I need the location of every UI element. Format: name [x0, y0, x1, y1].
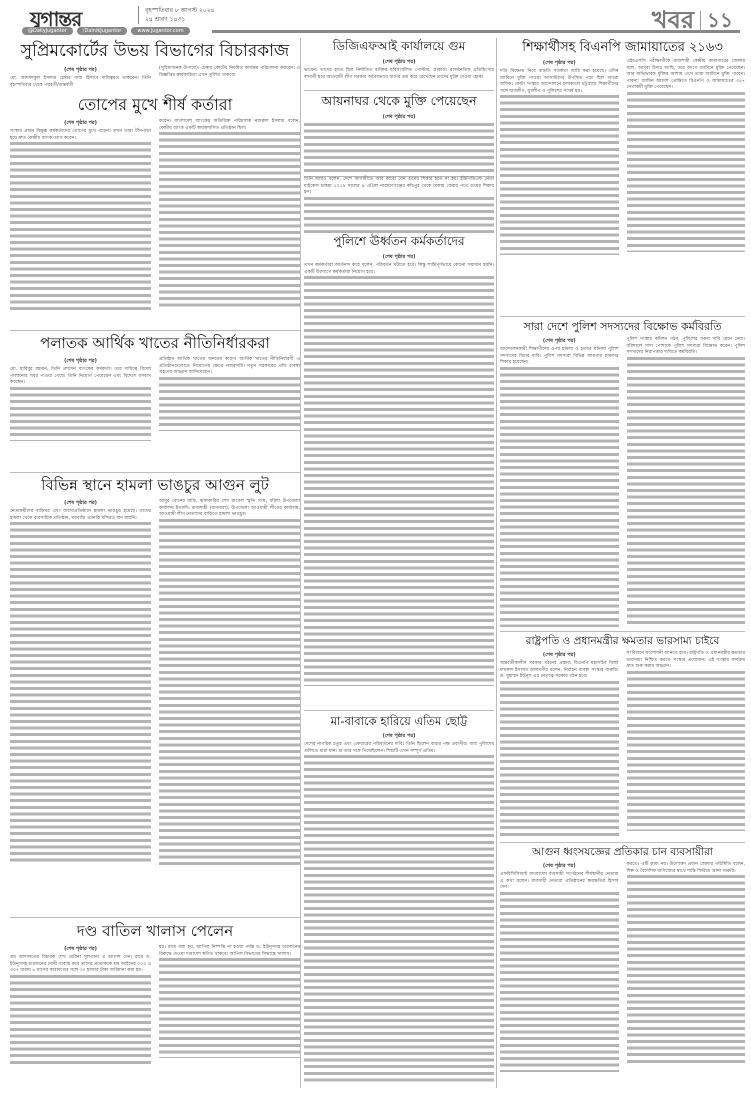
- text-block: [159, 377, 300, 431]
- story-text: তিনি আরও বলেন, দেশে আগামীতে আর কারো যেন …: [304, 177, 494, 197]
- headline: রাষ্ট্রপতি ও প্রধানমন্ত্রীর ক্ষমতার ভারস…: [500, 634, 745, 651]
- story-rule: [500, 631, 745, 632]
- story-rule: [500, 316, 745, 317]
- date-gregorian: বৃহস্পতিবার ৮ আগস্ট ২০২৪: [145, 6, 215, 15]
- text-block: [500, 367, 619, 627]
- text-block: [500, 681, 619, 837]
- story-text: আমুর বোনের বাড়ি, ঝালকাঠির শেখ রাসেল স্ম…: [159, 499, 300, 519]
- continued-label: (শেষ পৃষ্ঠার পর): [500, 338, 619, 346]
- masthead: যুগান্তর বৃহস্পতিবার ৮ আগস্ট ২০২৪ ২৪ শ্র…: [0, 0, 751, 36]
- headline: ডিজিএফআই কার্যালয়ে গুম: [304, 38, 494, 58]
- headline: দণ্ড বাতিল খালাস পেলেন: [10, 920, 300, 945]
- continued-label: (শেষ পৃষ্ঠার পর): [304, 254, 494, 262]
- text-block: [500, 892, 619, 1072]
- continued-label: (শেষ পৃষ্ঠার পর): [10, 120, 151, 128]
- story-text: দণ্ডি বিক্ষোভ নিয়ে বাড়তি সতর্কতা জারি …: [500, 69, 619, 95]
- story-text: করতে। এটি কাম্য নয়। উদ্যোক্তা প্রধান জে…: [627, 862, 746, 875]
- headline: বিভিন্ন স্থানে হামলা ভাঙচুর আগুন লুট: [10, 474, 300, 499]
- story-rule: [304, 230, 494, 231]
- text-block: [500, 95, 619, 255]
- continued-label: (শেষ পৃষ্ঠার পর): [10, 500, 151, 508]
- text-block: [10, 522, 151, 862]
- story-text: সংবিধানে সংশোধনী আনতে হবে। রাষ্ট্রপতি ও …: [627, 651, 746, 671]
- section-name: খবর: [652, 2, 694, 42]
- continued-label: (শেষ পৃষ্ঠার পর): [500, 60, 619, 68]
- twitter-link[interactable]: @DailyJugantor: [22, 27, 73, 35]
- story-sentence-void: দণ্ড বাতিল খালাস পেলেন (শেষ পৃষ্ঠার পর) …: [10, 920, 300, 1065]
- text-block: [10, 142, 151, 312]
- continued-label: (শেষ পৃষ্ঠার পর): [10, 946, 151, 954]
- column-rule: [496, 38, 497, 1088]
- text-block: [159, 519, 300, 865]
- social-links: @DailyJugantor /DainikJugantor www.jugan…: [22, 27, 190, 35]
- divider: [700, 11, 701, 33]
- story-text: নেতাকর্মীদের বাড়িঘর এবং ব্যবসাপ্রতিষ্ঠা…: [10, 509, 151, 522]
- story-rule: [10, 472, 300, 473]
- headline: তোপের মুখে শীর্ষ কর্তারা: [10, 92, 300, 119]
- story-text: করেন। বাংলাদেশ ব্যাংকের অতিরিক্ত পরিচালক…: [159, 119, 300, 132]
- section-header: খবর ১১: [652, 2, 733, 42]
- story-aynaghar: আয়নাঘর থেকে মুক্তি পেয়েছেন (শেষ পৃষ্ঠা…: [304, 93, 494, 233]
- story-top-officials: তোপের মুখে শীর্ষ কর্তারা (শেষ পৃষ্ঠার পর…: [10, 92, 300, 312]
- story-arson-traders: আগুন ধ্বংসযজ্ঞের প্রতিকার চান ব্যবসায়ীর…: [500, 845, 745, 1072]
- story-dgfi: ডিজিএফআই কার্যালয়ে গুম (শেষ পৃষ্ঠার পর)…: [304, 38, 494, 81]
- story-text: আন্দোলনকারী শিক্ষার্থীদের ওপর হামলা ও হত…: [500, 347, 619, 367]
- column-rule: [300, 38, 301, 1088]
- story-text: সংস্থার প্রধান বিক্ষুব্ধ কর্মকর্তাদের তো…: [10, 129, 151, 142]
- story-text: পুলিশ সংস্কার কমিশন গঠন, পুলিশের সকল দাব…: [627, 337, 746, 357]
- story-text: ভাবেন। তাদের হাতে ছিল নির্যাতিত ব্যক্তির…: [304, 68, 494, 81]
- story-text: মো. আশফাকুল ইসলাম চেম্বার জজ হিসাবে দায়…: [10, 76, 151, 89]
- story-rule: [500, 842, 745, 843]
- story-text: (সুবিধাজনক উপায়ে)। চেম্বার কোর্টের নিয়…: [159, 66, 300, 79]
- story-text: হয়। রায়ে বলা হয়, আপিল নিষ্পত্তি না হও…: [159, 945, 300, 958]
- headline: শিক্ষার্থীসহ বিএনপি জামায়াতের ২১৬৩: [500, 38, 745, 59]
- story-orphan: মা-বাবাকে হারিয়ে এতিম ছোট্ট (শেষ পৃষ্ঠা…: [304, 713, 494, 1085]
- text-block: [304, 197, 494, 233]
- continued-label: (শেষ পৃষ্ঠার পর): [304, 733, 494, 741]
- headline: সারা দেশে পুলিশ সদস্যদের বিক্ষোভ কর্মবির…: [500, 318, 745, 337]
- text-block: [627, 875, 746, 1065]
- text-block: [627, 671, 746, 831]
- story-police-protest: সারা দেশে পুলিশ সদস্যদের বিক্ষোভ কর্মবির…: [500, 318, 745, 627]
- continued-label: (শেষ পৃষ্ঠার পর): [10, 67, 151, 75]
- facebook-link[interactable]: /DainikJugantor: [77, 27, 128, 35]
- story-text: এইচএসসি পরীক্ষার্থীকে রাজশাহী কেন্দ্রীয়…: [627, 59, 746, 92]
- headline: মা-বাবাকে হারিয়ে এতিম ছোট্ট: [304, 713, 494, 732]
- story-text: মো. হাবিবুর রহমান, তিনি প্রশাসন ব্যাংকের…: [10, 367, 151, 387]
- headline: আগুন ধ্বংসযজ্ঞের প্রতিকার চান ব্যবসায়ীর…: [500, 845, 745, 862]
- text-block: [627, 357, 746, 627]
- story-text: প্রতিষ্ঠান আর্থিক খাতের অন্যতম কারণ। আর্…: [159, 357, 300, 377]
- story-text: অন্তর্বর্তীকালীন সরকার গঠনের প্রস্তাব। ব…: [500, 661, 619, 681]
- page-number: ১১: [707, 6, 733, 39]
- continued-label: (শেষ পৃষ্ঠার পর): [304, 114, 494, 122]
- story-president-pm: রাষ্ট্রপতি ও প্রধানমন্ত্রীর ক্ষমতার ভারস…: [500, 634, 745, 837]
- story-rule: [304, 90, 494, 91]
- story-rule: [10, 917, 300, 918]
- text-block: [159, 958, 300, 1058]
- text-block: [627, 92, 746, 252]
- continued-label: (শেষ পৃষ্ঠার পর): [10, 358, 151, 366]
- story-text: এফবিসিসিআই বাংলাদেশ ব্যবসায়ী সংগঠনের শী…: [500, 872, 619, 892]
- continued-label: (শেষ পৃষ্ঠার পর): [500, 863, 619, 871]
- date-bengali: ২৪ শ্রাবণ ১৪৩১: [145, 15, 215, 24]
- continued-label: (শেষ পৃষ্ঠার পর): [500, 652, 619, 660]
- headline: আয়নাঘর থেকে মুক্তি পেয়েছেন: [304, 93, 494, 113]
- story-rule: [304, 710, 494, 711]
- continued-label: (শেষ পৃষ্ঠার পর): [304, 59, 494, 67]
- story-attacks: বিভিন্ন স্থানে হামলা ভাঙচুর আগুন লুট (শে…: [10, 474, 300, 865]
- text-block: [10, 975, 151, 1065]
- story-students-bnp: শিক্ষার্থীসহ বিএনপি জামায়াতের ২১৬৩ (শেষ…: [500, 38, 745, 255]
- story-rule: [10, 330, 300, 331]
- headline: সুপ্রিমকোর্টের উভয় বিভাগের বিচারকাজ: [10, 38, 300, 66]
- story-police-officials: পুলিশে ঊর্ধ্বতন কর্মকর্তাদের (শেষ পৃষ্ঠা…: [304, 233, 494, 686]
- text-block: [304, 276, 494, 686]
- text-block: [10, 387, 151, 441]
- story-text: তখন কর্মকর্তারা আর্তনাদ করে বলেন, পরিবর্…: [304, 263, 494, 276]
- story-supreme-court: সুপ্রিমকোর্টের উভয় বিভাগের বিচারকাজ (শে…: [10, 38, 300, 89]
- date-block: বৃহস্পতিবার ৮ আগস্ট ২০২৪ ২৪ শ্রাবণ ১৪৩১: [138, 6, 215, 24]
- headline: পুলিশে ঊর্ধ্বতন কর্মকর্তাদের: [304, 233, 494, 253]
- website-link[interactable]: www.jugantor.com: [131, 27, 189, 35]
- story-financial-policymakers: পলাতক আর্থিক খাতের নীতিনির্ধারকরা (শেষ প…: [10, 332, 300, 441]
- story-text: শ্রম আদালতের বিচারক শেখ মেরিনা সুলতানা এ…: [10, 955, 151, 975]
- text-block: [159, 132, 300, 308]
- text-block: [304, 755, 494, 1085]
- story-text: দেশের নাগরিক চতুর এবং একবারের পরিবর্তনের…: [304, 742, 494, 755]
- headline: পলাতক আর্থিক খাতের নীতিনির্ধারকরা: [10, 332, 300, 357]
- text-block: [304, 123, 494, 177]
